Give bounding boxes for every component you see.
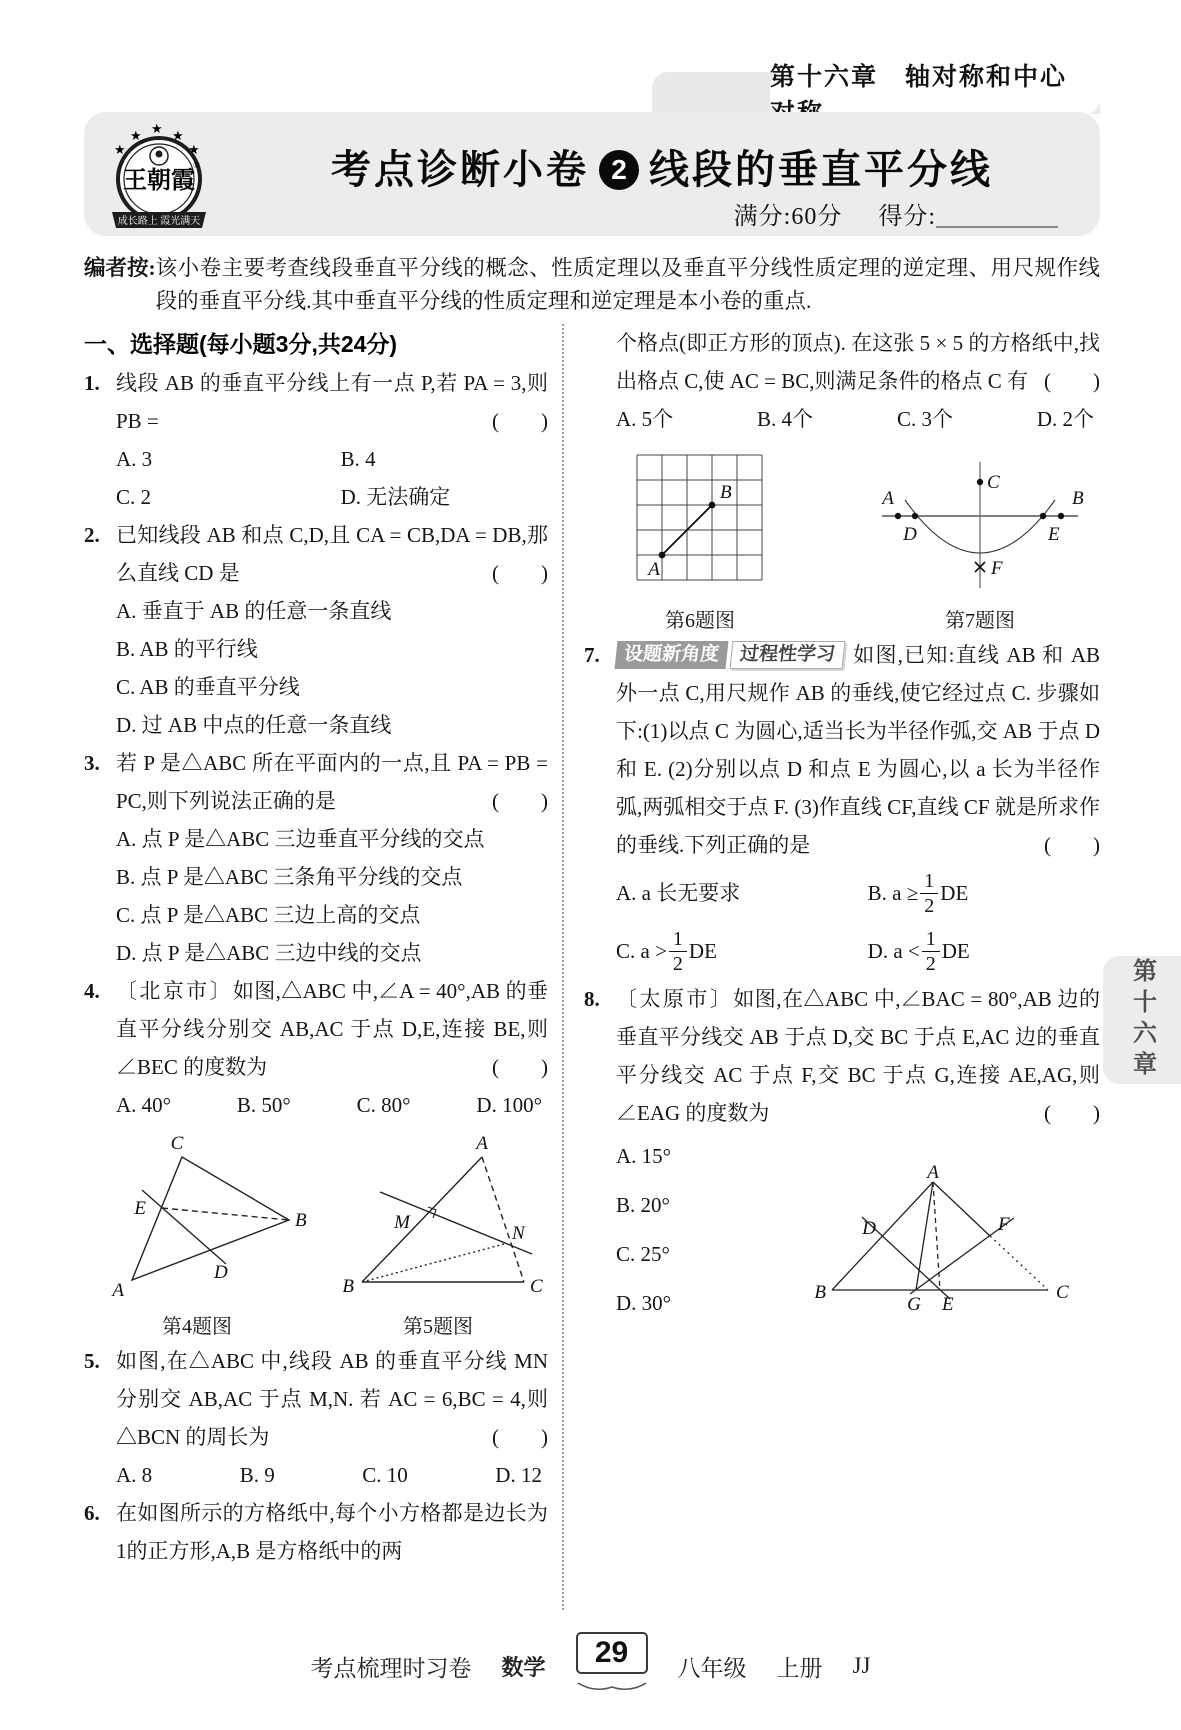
answer-bracket: ( )	[492, 402, 548, 440]
option-a: A. 3	[116, 440, 341, 478]
label-E: E	[133, 1198, 146, 1219]
q8-lines	[832, 1182, 1048, 1299]
answer-bracket: ( )	[1044, 826, 1100, 864]
question-text: 〔太原市〕如图,在△ABC 中,∠BAC = 80°,AB 边的垂直平分线交 A…	[616, 980, 1100, 1132]
page-number-badge: 29	[576, 1632, 648, 1700]
label-B: B	[342, 1276, 354, 1297]
option-a: A. 8	[116, 1456, 152, 1494]
header-card: ★ ★ ★ ★ ★ 王朝霞 ® 成长路上 霞光满天	[84, 112, 1100, 236]
options: A. 8 B. 9 C. 10 D. 12	[116, 1456, 548, 1494]
source-tag: 〔北京市〕	[116, 979, 233, 1003]
option-a: A. 40°	[116, 1086, 171, 1124]
paper-title: 考点诊断小卷2线段的垂直平分线	[254, 138, 1070, 195]
label-A: A	[880, 488, 894, 509]
footer-grade: 八年级	[678, 1650, 747, 1683]
question-6-continued: 个格点(即正方形的顶点). 在这张 5 × 5 的方格纸中,找出格点 C,使 A…	[584, 324, 1100, 438]
question-text: 个格点(即正方形的顶点). 在这张 5 × 5 的方格纸中,找出格点 C,使 A…	[616, 324, 1100, 400]
figure-q4: C E B D A 第4题图	[94, 1132, 300, 1342]
side-chapter-tab: 第十六章	[1103, 956, 1181, 1084]
figure-q6: A B 第6题图	[624, 448, 776, 636]
question-number: 3.	[84, 744, 100, 782]
q6-diagram: A B	[624, 448, 776, 594]
brand-logo: ★ ★ ★ ★ ★ 王朝霞 ® 成长路上 霞光满天	[100, 116, 218, 239]
label-F: F	[997, 1214, 1010, 1235]
brand-name: 王朝霞	[123, 167, 195, 194]
question-4: 4. 〔北京市〕如图,△ABC 中,∠A = 40°,AB 的垂直平分线分别交 …	[84, 972, 548, 1124]
editor-note: 编者按: 该小卷主要考查线段垂直平分线的概念、性质定理以及垂直平分线性质定理的逆…	[84, 252, 1100, 318]
label-B: B	[1072, 488, 1084, 509]
figure-caption: 第5题图	[332, 1312, 544, 1342]
source-tag: 〔太原市〕	[616, 987, 733, 1011]
question-6: 6. 在如图所示的方格纸中,每个小方格都是边长为1的正方形,A,B 是方格纸中的…	[84, 1494, 548, 1570]
option-b: B. 4	[341, 440, 548, 478]
paper-number-badge: 2	[599, 150, 639, 190]
label-N: N	[511, 1223, 526, 1244]
answer-bracket: ( )	[492, 554, 548, 592]
label-E: E	[941, 1294, 954, 1315]
options: A. 15° B. 20° C. 25° D. 30°	[616, 1132, 786, 1328]
option-c: C. 3个	[897, 400, 953, 438]
svg-text:★: ★	[151, 121, 163, 136]
question-text: 〔北京市〕如图,△ABC 中,∠A = 40°,AB 的垂直平分线分别交 AB,…	[116, 972, 548, 1086]
content-columns: 一、选择题(每小题3分,共24分) 1. 线段 AB 的垂直平分线上有一点 P,…	[84, 324, 1100, 1610]
ribbon-text: 成长路上 霞光满天	[118, 214, 201, 227]
figure-row-6-7: A B 第6题图	[584, 438, 1100, 636]
options: A. 40° B. 50° C. 80° D. 100°	[116, 1086, 548, 1124]
label-A: A	[110, 1280, 124, 1301]
question-1: 1. 线段 AB 的垂直平分线上有一点 P,若 PA = 3,则 PB =( )…	[84, 364, 548, 516]
option-d: D. 无法确定	[341, 478, 548, 516]
option-d: D. 100°	[476, 1086, 542, 1124]
label-B: B	[295, 1210, 307, 1231]
fraction: 12	[920, 869, 938, 918]
option-b: B. 4个	[757, 400, 813, 438]
option-a: A. 点 P 是△ABC 三边垂直平分线的交点	[116, 820, 548, 858]
right-column: 个格点(即正方形的顶点). 在这张 5 × 5 的方格纸中,找出格点 C,使 A…	[562, 324, 1100, 1610]
option-c: C. 80°	[357, 1086, 411, 1124]
option-b: B. 9	[240, 1456, 275, 1494]
question-number: 1.	[84, 364, 100, 402]
question-text: 如图,在△ABC 中,线段 AB 的垂直平分线 MN 分别交 AB,AC 于点 …	[116, 1342, 548, 1456]
label-G: G	[907, 1294, 921, 1315]
answer-bracket: ( )	[1044, 1094, 1100, 1132]
options: A. 点 P 是△ABC 三边垂直平分线的交点 B. 点 P 是△ABC 三条角…	[116, 820, 548, 972]
fraction: 12	[669, 927, 687, 976]
option-d: D. 过 AB 中点的任意一条直线	[116, 706, 548, 744]
answer-bracket: ( )	[492, 1418, 548, 1456]
option-c: C. 2	[116, 478, 341, 516]
option-c: C. a > 12DE	[616, 922, 868, 980]
score-blank-line	[936, 206, 1058, 228]
fraction: 12	[922, 927, 940, 976]
options: A. a 长无要求 B. a ≥ 12DE C. a > 12DE D. a <…	[616, 864, 1100, 980]
q4-lines	[132, 1157, 289, 1280]
label-C: C	[530, 1276, 543, 1297]
label-C: C	[987, 472, 1000, 493]
option-d: D. 2个	[1037, 400, 1094, 438]
figure-caption: 第4题图	[94, 1312, 300, 1342]
label-A: A	[474, 1133, 488, 1154]
side-chapter-label: 第十六章	[1125, 958, 1160, 1082]
question-number: 2.	[84, 516, 100, 554]
question-number: 5.	[84, 1342, 100, 1380]
book-icon	[576, 1682, 648, 1694]
options: A. 垂直于 AB 的任意一条直线 B. AB 的平行线 C. AB 的垂直平分…	[116, 592, 548, 744]
option-b: B. a ≥ 12DE	[868, 864, 1100, 922]
question-2: 2. 已知线段 AB 和点 C,D,且 CA = CB,DA = DB,那么直线…	[84, 516, 548, 744]
label-A: A	[925, 1162, 939, 1183]
figure-q7: A B C D E F 第7题图	[874, 454, 1086, 636]
answer-bracket: ( )	[492, 1048, 548, 1086]
answer-bracket: ( )	[1044, 362, 1100, 400]
option-c: C. 25°	[616, 1230, 786, 1279]
paper-title-prefix: 考点诊断小卷	[331, 148, 589, 192]
question-8: 8. 〔太原市〕如图,在△ABC 中,∠BAC = 80°,AB 边的垂直平分线…	[584, 980, 1100, 1328]
question-text: 线段 AB 的垂直平分线上有一点 P,若 PA = 3,则 PB =( )	[116, 364, 548, 440]
label-F: F	[990, 558, 1003, 579]
question-7: 7. 设题新角度过程性学习如图,已知:直线 AB 和 AB 外一点 C,用尺规作…	[584, 636, 1100, 980]
label-M: M	[393, 1212, 411, 1233]
label-C: C	[1056, 1282, 1069, 1303]
q8-body: A. 15° B. 20° C. 25° D. 30°	[616, 1132, 1100, 1328]
question-number: 4.	[84, 972, 100, 1010]
footer-volume: 上册	[777, 1650, 823, 1683]
chapter-band: 第十六章 轴对称和中心对称	[652, 72, 1100, 114]
figure-caption: 第6题图	[624, 606, 776, 636]
option-b: B. 20°	[616, 1181, 786, 1230]
answer-bracket: ( )	[492, 782, 548, 820]
score-label: 得分:	[878, 204, 936, 230]
page-number: 29	[576, 1632, 648, 1674]
chapter-tab: 第十六章 轴对称和中心对称	[770, 72, 1100, 114]
question-3: 3. 若 P 是△ABC 所在平面内的一点,且 PA = PB = PC,则下列…	[84, 744, 548, 972]
footer-series: 考点梳理时习卷	[311, 1650, 472, 1683]
score-row: 满分:60分 得分:	[734, 196, 1058, 231]
figure-q5: A M N B C 第5题图	[332, 1132, 544, 1342]
option-a: A. 垂直于 AB 的任意一条直线	[116, 592, 548, 630]
option-a: A. a 长无要求	[616, 864, 868, 922]
label-D: D	[861, 1218, 876, 1239]
option-d: D. 30°	[616, 1279, 786, 1328]
label-B: B	[720, 482, 732, 503]
brand-logo-emblem: ★ ★ ★ ★ ★ 王朝霞 ® 成长路上 霞光满天	[100, 116, 218, 234]
label-A: A	[646, 559, 660, 580]
q5-lines	[362, 1157, 532, 1282]
registered-mark: ®	[193, 160, 200, 170]
footer-subject: 数学	[502, 1651, 546, 1682]
label-D: D	[902, 524, 917, 545]
question-5: 5. 如图,在△ABC 中,线段 AB 的垂直平分线 MN 分别交 AB,AC …	[84, 1342, 548, 1494]
section-title: 一、选择题(每小题3分,共24分)	[84, 324, 548, 364]
figure-q8: A B C D F G E	[786, 1132, 1100, 1328]
workbook-page: 第十六章 轴对称和中心对称 ★ ★ ★ ★ ★ 王朝霞	[0, 0, 1181, 1730]
q4-diagram: C E B D A	[94, 1132, 300, 1300]
question-number: 7.	[584, 636, 600, 674]
question-number: 8.	[584, 980, 600, 1018]
paper-title-main: 线段的垂直平分线	[649, 148, 993, 192]
option-a: A. 15°	[616, 1132, 786, 1181]
option-d: D. 12	[495, 1456, 542, 1494]
label-E: E	[1047, 524, 1060, 545]
options: A. 3 B. 4 C. 2 D. 无法确定	[116, 440, 548, 516]
options: A. 5个 B. 4个 C. 3个 D. 2个	[616, 400, 1100, 438]
question-text: 若 P 是△ABC 所在平面内的一点,且 PA = PB = PC,则下列说法正…	[116, 744, 548, 820]
question-text: 已知线段 AB 和点 C,D,且 CA = CB,DA = DB,那么直线 CD…	[116, 516, 548, 592]
label-C: C	[171, 1133, 184, 1154]
option-b: B. 50°	[237, 1086, 291, 1124]
footer-edition: JJ	[853, 1653, 871, 1679]
question-text: 设题新角度过程性学习如图,已知:直线 AB 和 AB 外一点 C,用尺规作 AB…	[616, 636, 1100, 864]
option-c: C. 点 P 是△ABC 三边上高的交点	[116, 896, 548, 934]
editor-note-text: 该小卷主要考查线段垂直平分线的概念、性质定理以及垂直平分线性质定理的逆定理、用尺…	[156, 252, 1100, 318]
figure-caption: 第7题图	[874, 606, 1086, 636]
option-c: C. AB 的垂直平分线	[116, 668, 548, 706]
badge-new-angle: 设题新角度	[615, 641, 729, 669]
option-a: A. 5个	[616, 400, 673, 438]
option-b: B. AB 的平行线	[116, 630, 548, 668]
page-footer: 考点梳理时习卷 数学 29 八年级 上册 JJ	[0, 1632, 1181, 1700]
editor-note-label: 编者按:	[84, 252, 156, 318]
full-score-label: 满分:60分	[734, 204, 843, 230]
logo-ribbon: 成长路上 霞光满天	[112, 212, 206, 228]
question-text: 在如图所示的方格纸中,每个小方格都是边长为1的正方形,A,B 是方格纸中的两	[116, 1494, 548, 1570]
question-number: 6.	[84, 1494, 100, 1532]
label-D: D	[213, 1262, 228, 1283]
option-d: D. 点 P 是△ABC 三边中线的交点	[116, 934, 548, 972]
badge-process-learning: 过程性学习	[730, 641, 846, 669]
label-B: B	[814, 1282, 826, 1303]
option-c: C. 10	[362, 1456, 408, 1494]
q5-diagram: A M N B C	[332, 1132, 544, 1300]
option-d: D. a < 12DE	[868, 922, 1100, 980]
left-column: 一、选择题(每小题3分,共24分) 1. 线段 AB 的垂直平分线上有一点 P,…	[84, 324, 562, 1610]
q8-diagram: A B C D F G E	[818, 1168, 1068, 1318]
option-b: B. 点 P 是△ABC 三条角平分线的交点	[116, 858, 548, 896]
q7-diagram: A B C D E F	[874, 454, 1086, 594]
figure-row-4-5: C E B D A 第4题图	[84, 1124, 548, 1342]
